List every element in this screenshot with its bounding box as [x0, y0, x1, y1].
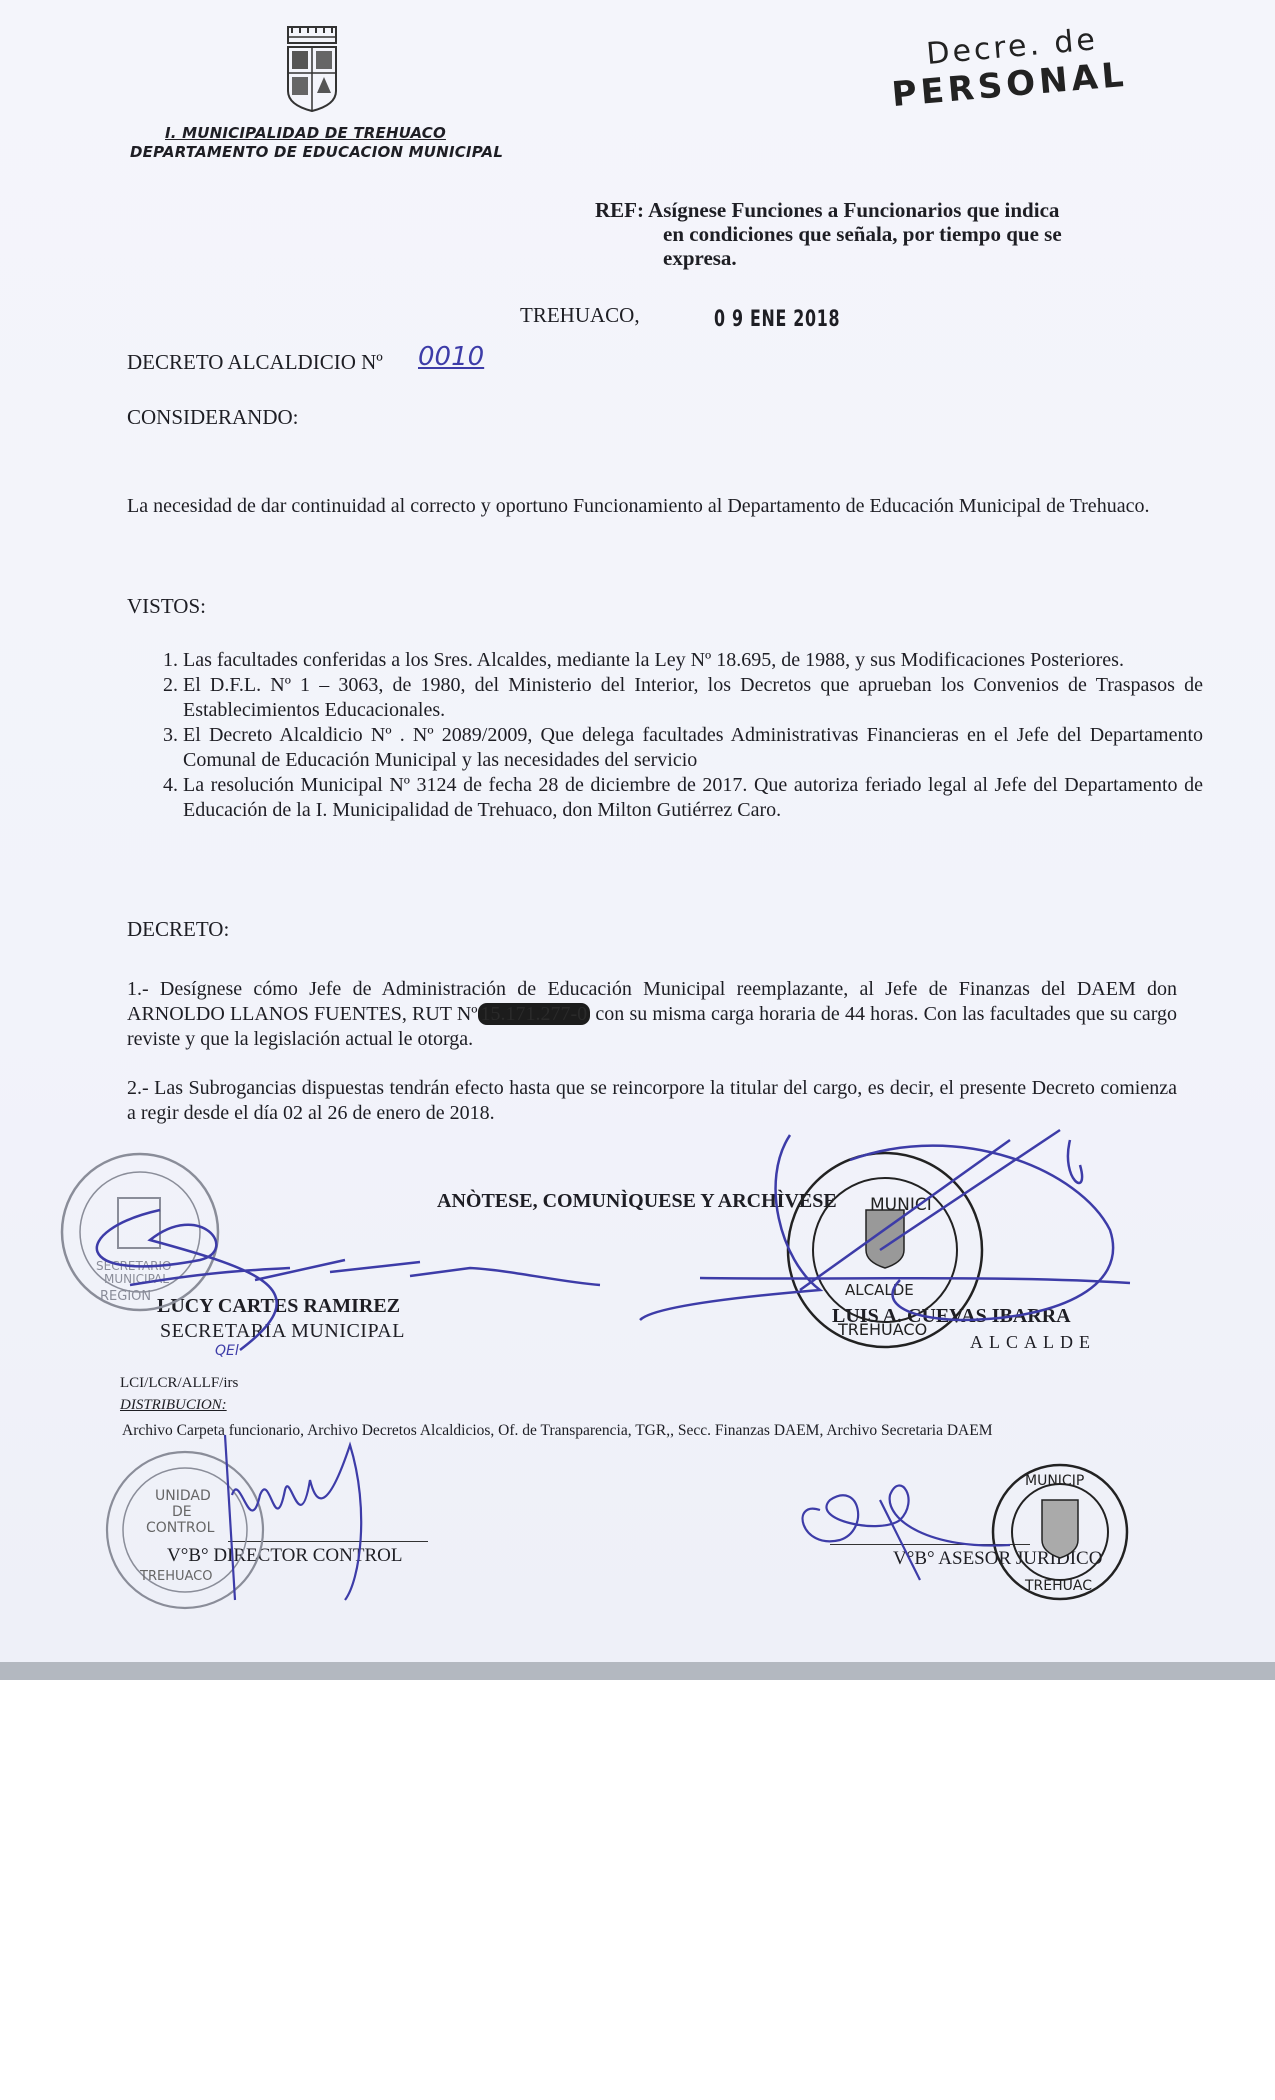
vistos-item: El Decreto Alcaldicio Nº . Nº 2089/2009,… [183, 723, 1203, 773]
svg-text:MUNICI: MUNICI [870, 1195, 932, 1215]
ref-line-1: REF: Asígnese Funciones a Funcionarios q… [595, 198, 1155, 222]
reference-initials: LCI/LCR/ALLF/irs [120, 1375, 238, 1392]
svg-text:CONTROL: CONTROL [146, 1520, 215, 1536]
svg-text:TREHUACO: TREHUACO [139, 1569, 212, 1584]
decreto-heading: DECRETO: [127, 917, 229, 942]
vistos-list: Las facultades conferidas a los Sres. Al… [155, 648, 1203, 823]
date-stamp: 0 9 ENE 2018 [714, 307, 840, 332]
scan-edge [0, 1662, 1275, 1680]
department-name: DEPARTAMENTO DE EDUCACION MUNICIPAL [130, 143, 503, 161]
secretary-role: SECRETARIA MUNICIPAL [160, 1320, 405, 1343]
svg-text:UNIDAD: UNIDAD [155, 1488, 211, 1504]
control-signature-line [228, 1541, 428, 1542]
mayor-signature [640, 1130, 1130, 1320]
considerando-heading: CONSIDERANDO: [127, 405, 299, 430]
svg-text:ALCALDE: ALCALDE [845, 1281, 914, 1299]
svg-text:SECRETARIO: SECRETARIO [96, 1259, 171, 1273]
ref-line-2: en condiciones que señala, por tiempo qu… [595, 222, 1155, 246]
legal-approval-label: V°B° ASESOR JURIDICO [893, 1548, 1102, 1570]
legal-signature-line [830, 1544, 1030, 1545]
legal-seal-icon: MUNICIP TREHUAC [993, 1465, 1127, 1599]
mayor-role: ALCALDE [970, 1332, 1096, 1353]
svg-text:MUNICIP: MUNICIP [1025, 1473, 1084, 1489]
reference-subject: REF: Asígnese Funciones a Funcionarios q… [595, 198, 1155, 270]
place: TREHUACO, [520, 303, 640, 328]
vistos-item: Las facultades conferidas a los Sres. Al… [183, 648, 1203, 673]
vistos-item: La resolución Municipal Nº 3124 de fecha… [183, 773, 1203, 823]
distribution-list: Archivo Carpeta funcionario, Archivo Dec… [122, 1421, 1182, 1441]
redacted-rut: 15.171.277-0 [478, 1003, 591, 1025]
decree-type-stamp: Decre. de PERSONAL [887, 20, 1129, 115]
svg-text:DE: DE [172, 1504, 192, 1520]
vistos-item: El D.F.L. Nº 1 – 3063, de 1980, del Mini… [183, 673, 1203, 723]
svg-text:REGION: REGION [100, 1289, 151, 1304]
control-approval-label: V°B° DIRECTOR CONTROL [167, 1545, 402, 1567]
scanned-document-page: I. MUNICIPALIDAD DE TREHUACO DEPARTAMENT… [0, 0, 1275, 1662]
distribution-label: DISTRIBUCION: [120, 1397, 227, 1414]
vistos-heading: VISTOS: [127, 594, 206, 619]
decreto-item-2: 2.- Las Subrogancias dispuestas tendrán … [127, 1076, 1177, 1126]
svg-text:TREHUAC: TREHUAC [1024, 1578, 1092, 1594]
ref-line-3: expresa. [595, 246, 1155, 270]
mayor-name: LUIS A. CUEVAS IBARRA [832, 1305, 1071, 1328]
considerando-text: La necesidad de dar continuidad al corre… [127, 494, 1177, 519]
secretary-seal-icon: SECRETARIO MUNICIPAL REGION [62, 1154, 218, 1310]
coat-of-arms-icon [282, 25, 342, 113]
control-signature [225, 1435, 361, 1600]
decree-number-value: 0010 [418, 342, 484, 372]
closing-formula: ANÒTESE, COMUNÌQUESE Y ARCHÌVESE [437, 1190, 837, 1213]
institution-name: I. MUNICIPALIDAD DE TREHUACO [165, 124, 446, 142]
secretary-initials: QEl [215, 1343, 239, 1359]
control-seal-icon: UNIDAD DE CONTROL TREHUACO [107, 1452, 263, 1608]
secretary-name: LUCY CARTES RAMIREZ [157, 1295, 400, 1318]
decree-number-label: DECRETO ALCALDICIO Nº [127, 350, 383, 375]
svg-text:MUNICIPAL: MUNICIPAL [104, 1272, 169, 1286]
decreto-item-1: 1.- Desígnese cómo Jefe de Administració… [127, 977, 1177, 1052]
